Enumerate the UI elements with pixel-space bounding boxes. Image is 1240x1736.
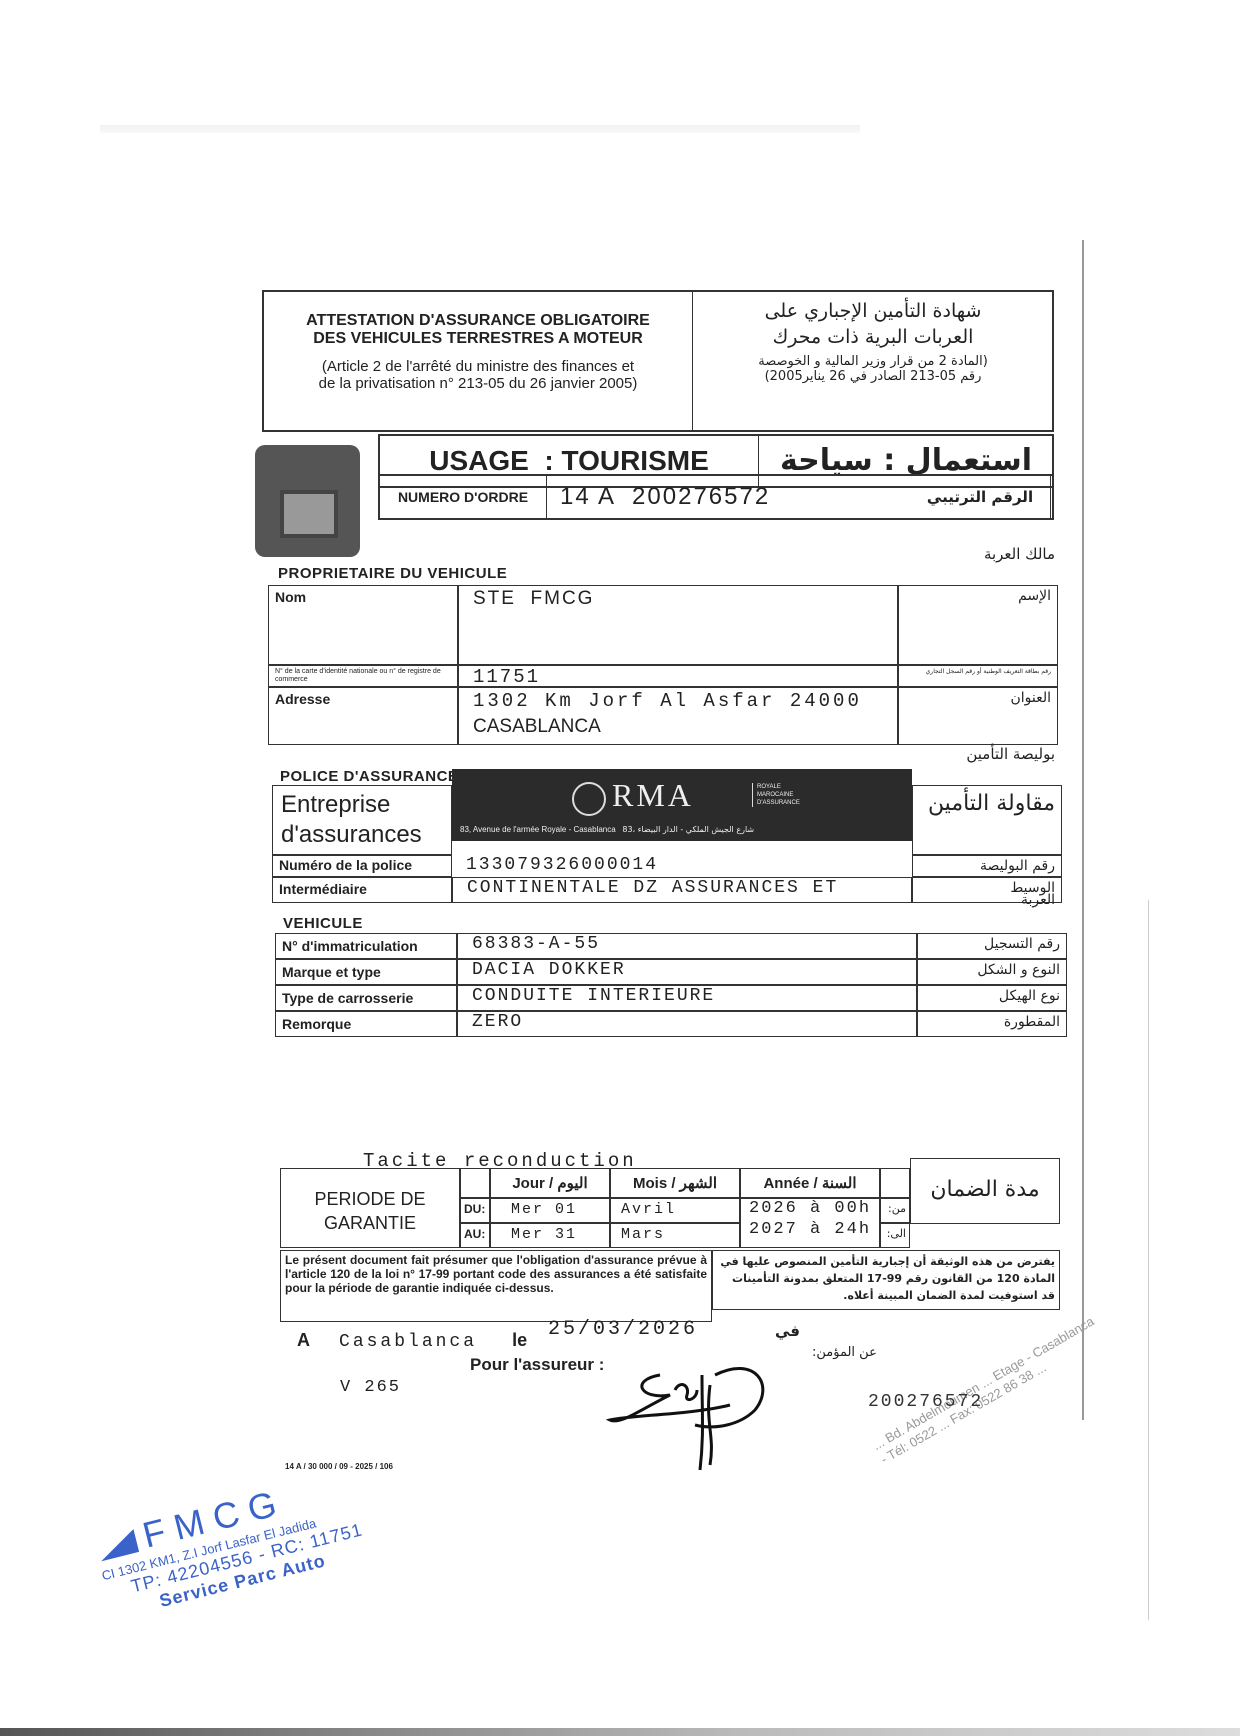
rma-brand-sub: ROYALE MAROCAINE D'ASSURANCE (752, 783, 817, 807)
col-month: Mois / الشهر (611, 1169, 739, 1192)
rma-address: 83, Avenue de l'armée Royale - Casablanc… (460, 825, 754, 834)
owner-table: Nom STE FMCG الإسم N° de la carte d'iden… (268, 585, 1058, 745)
vehicle-row-label: N° d'immatriculation (276, 934, 456, 957)
broker-value: CONTINENTALE DZ ASSURANCES ET (453, 878, 911, 900)
insurer-label-ar: عن المؤمن: (812, 1345, 877, 1360)
signature-icon (600, 1355, 800, 1475)
owner-section-fr: PROPRIETAIRE DU VEHICULE (278, 565, 507, 582)
order-value: 14 A 200276572 (560, 476, 960, 518)
id-label-ar: رقم بطاقة التعريف الوطنية أو رقم السجل ا… (899, 666, 1057, 678)
subtitle-fr-2: de la privatisation n° 213-05 du 26 janv… (264, 375, 692, 392)
col-day: Jour / اليوم (491, 1169, 609, 1192)
order-box: NUMERO D'ORDRE 14 A 200276572 الرقم التر… (378, 474, 1054, 520)
broker-label: Intermédiaire (273, 878, 451, 900)
name-value: STE FMCG (459, 586, 897, 612)
address-line2: CASABLANCA (459, 714, 897, 740)
to-month: Mars (611, 1224, 739, 1245)
order-label: NUMERO D'ORDRE (380, 476, 547, 518)
vehicle-row-label: Remorque (276, 1012, 456, 1035)
vehicle-row-label-ar: رقم التسجيل (918, 934, 1066, 954)
policy-number-label-ar: رقم البوليصة (913, 856, 1061, 876)
from-label-ar: من: (881, 1199, 909, 1218)
address-line1: 1302 Km Jorf Al Asfar 24000 (459, 688, 897, 714)
subtitle-ar-1: (المادة 2 من قرار وزير المالية و الخوصصة (694, 354, 1052, 369)
owner-section-ar: مالك العربة (960, 545, 1055, 563)
vehicle-section-fr: VEHICULE (283, 915, 363, 932)
stamp-number: 200276572 (868, 1392, 983, 1412)
agency-stamp: ... Bd. Abdelmoumen ... Etage - Casablan… (870, 1310, 1111, 1468)
page-edge-line (1082, 240, 1084, 1420)
title-ar-2: العربات البرية ذات محرك (694, 326, 1052, 348)
from-label: DU: (461, 1199, 489, 1219)
rma-emblem-icon (572, 782, 606, 816)
vehicle-row-label-ar: المقطورة (918, 1012, 1066, 1032)
company-label-ar: مقاولة التأمين (913, 786, 1061, 822)
title-fr-1: ATTESTATION D'ASSURANCE OBLIGATOIRE (264, 312, 692, 330)
subtitle-fr-1: (Article 2 de l'arrêté du ministre des f… (264, 358, 692, 375)
from-day: Mer 01 (491, 1199, 609, 1220)
scan-artifact (100, 125, 860, 133)
name-label-ar: الإسم (899, 586, 1057, 606)
notice-ar: يفترض من هذه الوثيقة أن إجبارية التأمين … (713, 1251, 1059, 1306)
vehicle-row-value: CONDUITE INTERIEURE (458, 986, 916, 1008)
title-ar-1: شهادة التأمين الإجباري على (694, 300, 1052, 322)
name-label: Nom (269, 586, 457, 608)
place-prefix: A (297, 1330, 310, 1350)
place-ar: في (775, 1322, 800, 1340)
address-label-ar: العنوان (899, 688, 1057, 708)
notice-fr: Le présent document fait présumer que l'… (281, 1251, 711, 1297)
title-fr-2: DES VEHICULES TERRESTRES A MOTEUR (264, 330, 692, 348)
policy-section-ar: بوليصة التأمين (930, 745, 1055, 763)
to-label-ar: الى: (881, 1224, 909, 1243)
guarantee-label: PERIODE DE GARANTIE (281, 1169, 459, 1235)
place: Casablanca (339, 1332, 477, 1352)
company-logo-icon (95, 1529, 140, 1562)
to-year: 2027 à 24h (741, 1218, 879, 1241)
vehicle-row-label-ar: النوع و الشكل (918, 960, 1066, 980)
insurer-hologram-logo (255, 445, 360, 557)
page-edge-line (1148, 900, 1149, 1620)
rma-banner: RMA ROYALE MAROCAINE D'ASSURANCE 83, Ave… (452, 769, 912, 841)
company-label: Entreprise d'assurances (273, 786, 451, 854)
id-value: 11751 (459, 666, 897, 687)
id-label: N° de la carte d'identité nationale ou n… (269, 666, 457, 686)
address-label: Adresse (269, 688, 457, 710)
vehicle-row-label-ar: نوع الهيكل (918, 986, 1066, 1006)
vehicle-table: N° d'immatriculation68383-A-55رقم التسجي… (275, 933, 1065, 1037)
to-day: Mer 31 (491, 1224, 609, 1245)
policy-section-fr: POLICE D'ASSURANCE (280, 768, 458, 785)
subtitle-ar-2: رقم 05-213 الصادر في 26 يناير2005) (694, 369, 1052, 384)
header-ar: شهادة التأمين الإجباري على العربات البري… (694, 292, 1052, 430)
notice-box: Le présent document fait présumer que l'… (280, 1250, 1060, 1322)
header-fr: ATTESTATION D'ASSURANCE OBLIGATOIRE DES … (264, 292, 693, 430)
vehicle-row-label: Type de carrosserie (276, 986, 456, 1009)
order-label-ar: الرقم الترتيبي (910, 476, 1051, 518)
policy-table: Entreprise d'assurances RMA ROYALE MAROC… (272, 785, 1062, 907)
col-year: Année / السنة (741, 1169, 879, 1192)
policy-number-value: 133079326000014 (452, 855, 912, 877)
guarantee-label-ar: مدة الضمان (911, 1159, 1059, 1202)
from-month: Avril (611, 1199, 739, 1220)
place-date-line: A Casablanca le (297, 1330, 527, 1352)
policy-number-label: Numéro de la police (273, 856, 451, 876)
vehicle-section-ar: العربة (960, 892, 1055, 908)
header-box: ATTESTATION D'ASSURANCE OBLIGATOIRE DES … (262, 290, 1054, 432)
scan-bottom-edge (0, 1728, 1240, 1736)
rma-brand: RMA (572, 777, 694, 816)
version: V 265 (340, 1378, 401, 1397)
to-label: AU: (461, 1224, 489, 1244)
vehicle-row-value: 68383-A-55 (458, 934, 916, 956)
date-prefix: le (512, 1330, 527, 1350)
vehicle-row-label: Marque et type (276, 960, 456, 983)
insurer-label: Pour l'assureur : (470, 1355, 604, 1375)
from-year: 2026 à 00h (741, 1199, 879, 1218)
vehicle-row-value: DACIA DOKKER (458, 960, 916, 982)
company-stamp: FMCG CI 1302 KM1, Z.I Jorf Lasfar El Jad… (90, 1465, 366, 1624)
vehicle-row-value: ZERO (458, 1012, 916, 1034)
guarantee-table: PERIODE DE GARANTIE DU: AU: Jour / اليوم… (280, 1168, 1070, 1248)
issue-date: 25/03/2026 (548, 1318, 698, 1341)
